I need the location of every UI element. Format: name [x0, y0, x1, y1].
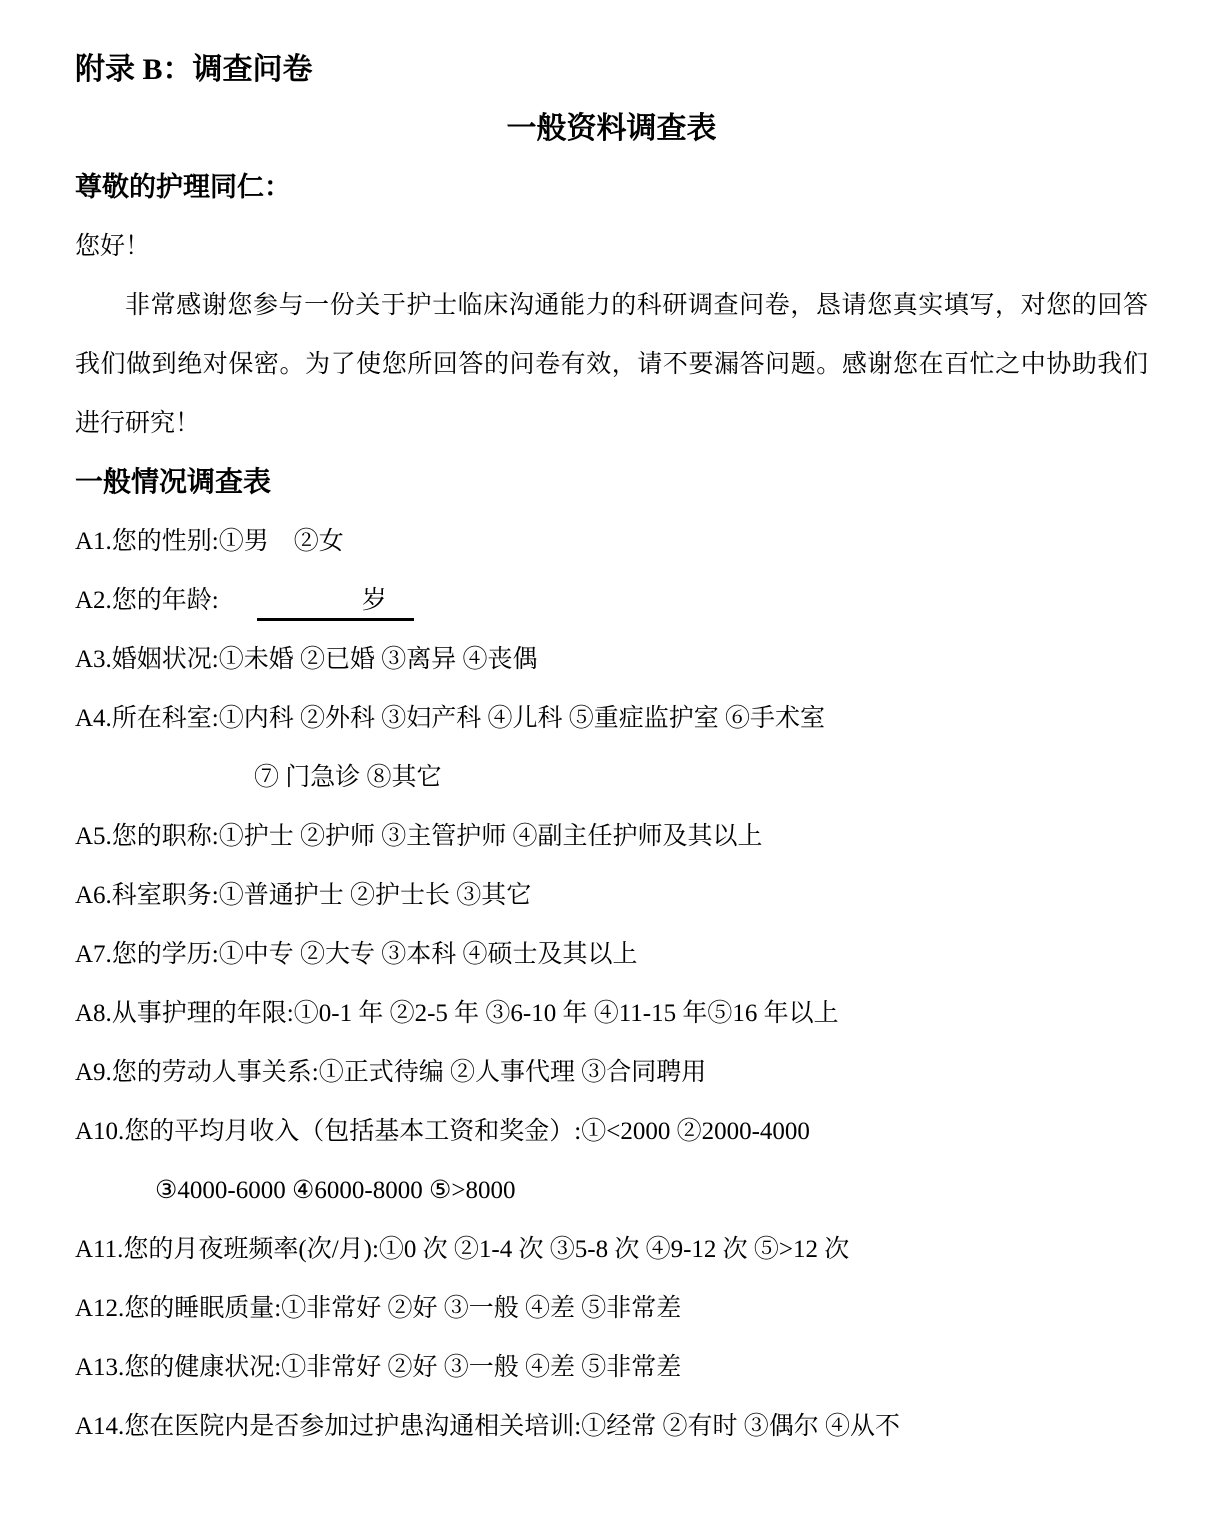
- question-A1: A1.您的性别:①男 ②女: [75, 512, 1148, 571]
- age-blank-field[interactable]: 岁: [257, 584, 414, 621]
- intro-paragraph: 非常感谢您参与一份关于护士临床沟通能力的科研调查问卷，恳请您真实填写，对您的回答…: [75, 276, 1148, 453]
- question-A8: A8.从事护理的年限:①0-1 年 ②2-5 年 ③6-10 年 ④11-15 …: [75, 984, 1148, 1043]
- appendix-heading: 附录 B：调查问卷: [75, 40, 1148, 99]
- question-A4-line1: A4.所在科室:①内科 ②外科 ③妇产科 ④儿科 ⑤重症监护室 ⑥手术室: [75, 689, 1148, 748]
- salutation: 尊敬的护理同仁：: [75, 158, 1148, 217]
- form-title: 一般资料调查表: [75, 99, 1148, 158]
- question-A2: A2.您的年龄:岁: [75, 571, 1148, 630]
- section-heading: 一般情况调查表: [75, 453, 1148, 512]
- question-A10-line1: A10.您的平均月收入（包括基本工资和奖金）:①<2000 ②2000-4000: [75, 1102, 1148, 1161]
- question-A9: A9.您的劳动人事关系:①正式待编 ②人事代理 ③合同聘用: [75, 1043, 1148, 1102]
- question-A3: A3.婚姻状况:①未婚 ②已婚 ③离异 ④丧偶: [75, 630, 1148, 689]
- question-A11: A11.您的月夜班频率(次/月):①0 次 ②1-4 次 ③5-8 次 ④9-1…: [75, 1220, 1148, 1279]
- question-A14: A14.您在医院内是否参加过护患沟通相关培训:①经常 ②有时 ③偶尔 ④从不: [75, 1397, 1148, 1456]
- question-A2-label: A2.您的年龄:: [75, 587, 219, 614]
- question-A6: A6.科室职务:①普通护士 ②护士长 ③其它: [75, 866, 1148, 925]
- greeting: 您好！: [75, 217, 1148, 276]
- question-A10-line2: ③4000-6000 ④6000-8000 ⑤>8000: [75, 1161, 1148, 1220]
- question-list: A1.您的性别:①男 ②女 A2.您的年龄:岁 A3.婚姻状况:①未婚 ②已婚 …: [75, 512, 1148, 1456]
- question-A13: A13.您的健康状况:①非常好 ②好 ③一般 ④差 ⑤非常差: [75, 1338, 1148, 1397]
- question-A12: A12.您的睡眠质量:①非常好 ②好 ③一般 ④差 ⑤非常差: [75, 1279, 1148, 1338]
- question-A4-line2: ⑦ 门急诊 ⑧其它: [75, 748, 1148, 807]
- age-unit-label: 岁: [362, 587, 387, 614]
- question-A5: A5.您的职称:①护士 ②护师 ③主管护师 ④副主任护师及其以上: [75, 807, 1148, 866]
- question-A7: A7.您的学历:①中专 ②大专 ③本科 ④硕士及其以上: [75, 925, 1148, 984]
- questionnaire-page: 附录 B：调查问卷 一般资料调查表 尊敬的护理同仁： 您好！ 非常感谢您参与一份…: [0, 0, 1224, 1514]
